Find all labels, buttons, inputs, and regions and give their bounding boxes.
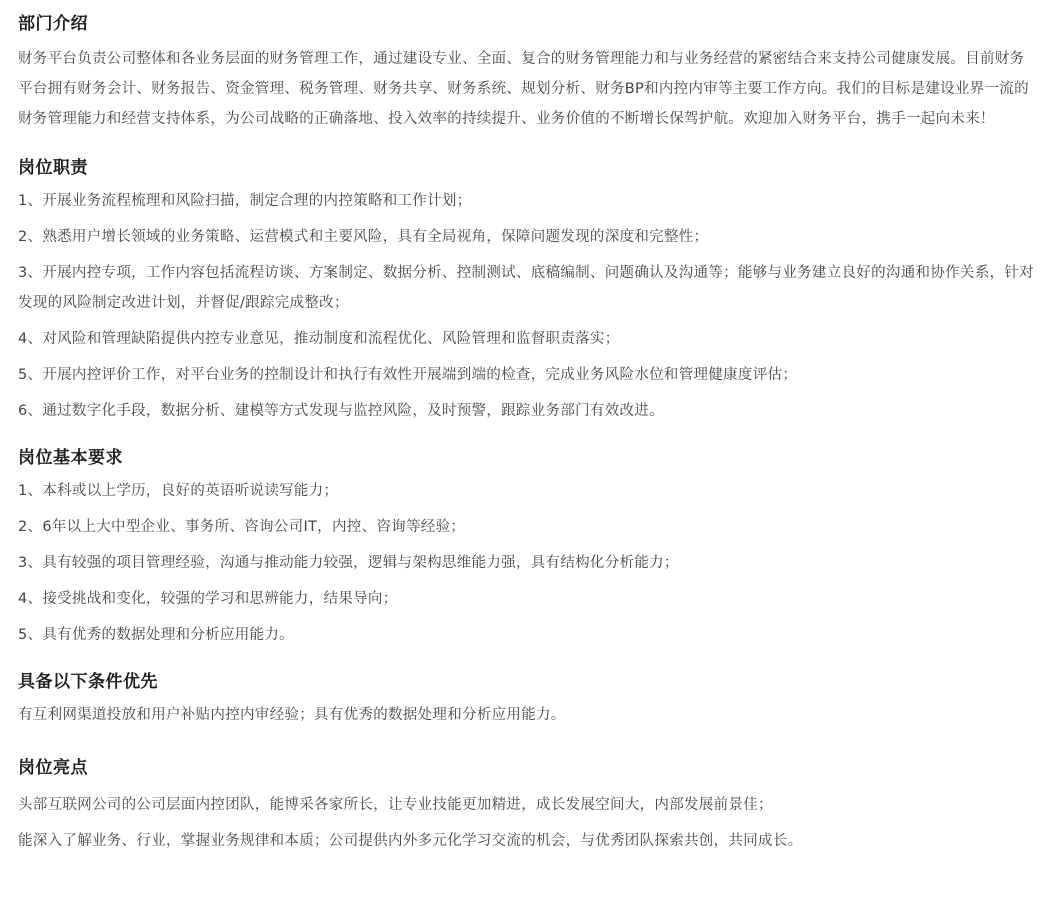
section-title: 岗位亮点 xyxy=(18,756,1038,780)
section-department-intro: 部门介绍 财务平台负责公司整体和各业务层面的财务管理工作，通过建设专业、全面、复… xyxy=(18,0,1038,134)
section-title: 部门介绍 xyxy=(18,12,1038,36)
section-title: 岗位基本要求 xyxy=(18,446,1038,470)
section-basic-requirements: 岗位基本要求 1、本科或以上学历，良好的英语听说读写能力； 2、6年以上大中型企… xyxy=(18,446,1038,650)
preferred-text: 有互利网渠道投放和用户补贴内控内审经验；具有优秀的数据处理和分析应用能力。 xyxy=(18,700,1038,730)
duty-item: 2、熟悉用户增长领域的业务策略、运营模式和主要风险，具有全局视角，保障问题发现的… xyxy=(18,222,1038,252)
job-description: 部门介绍 财务平台负责公司整体和各业务层面的财务管理工作，通过建设专业、全面、复… xyxy=(0,0,1056,856)
duty-item: 3、开展内控专项，工作内容包括流程访谈、方案制定、数据分析、控制测试、底稿编制、… xyxy=(18,258,1038,318)
section-preferred-qualifications: 具备以下条件优先 有互利网渠道投放和用户补贴内控内审经验；具有优秀的数据处理和分… xyxy=(18,670,1038,730)
requirement-item: 5、具有优秀的数据处理和分析应用能力。 xyxy=(18,620,1038,650)
section-job-highlights: 岗位亮点 头部互联网公司的公司层面内控团队，能博采各家所长，让专业技能更加精进，… xyxy=(18,756,1038,856)
duty-item: 4、对风险和管理缺陷提供内控专业意见，推动制度和流程优化、风险管理和监督职责落实… xyxy=(18,324,1038,354)
section-job-duties: 岗位职责 1、开展业务流程梳理和风险扫描，制定合理的内控策略和工作计划； 2、熟… xyxy=(18,156,1038,426)
requirement-item: 4、接受挑战和变化，较强的学习和思辨能力，结果导向； xyxy=(18,584,1038,614)
highlight-item: 能深入了解业务、行业，掌握业务规律和本质；公司提供内外多元化学习交流的机会，与优… xyxy=(18,826,1038,856)
section-title: 具备以下条件优先 xyxy=(18,670,1038,694)
requirement-item: 2、6年以上大中型企业、事务所、咨询公司IT，内控、咨询等经验； xyxy=(18,512,1038,542)
requirement-item: 3、具有较强的项目管理经验，沟通与推动能力较强，逻辑与架构思维能力强，具有结构化… xyxy=(18,548,1038,578)
duty-item: 1、开展业务流程梳理和风险扫描，制定合理的内控策略和工作计划； xyxy=(18,186,1038,216)
requirement-item: 1、本科或以上学历，良好的英语听说读写能力； xyxy=(18,476,1038,506)
department-intro-text: 财务平台负责公司整体和各业务层面的财务管理工作，通过建设专业、全面、复合的财务管… xyxy=(18,44,1038,134)
highlight-item: 头部互联网公司的公司层面内控团队，能博采各家所长，让专业技能更加精进，成长发展空… xyxy=(18,790,1038,820)
section-title: 岗位职责 xyxy=(18,156,1038,180)
duty-item: 6、通过数字化手段，数据分析、建模等方式发现与监控风险，及时预警，跟踪业务部门有… xyxy=(18,396,1038,426)
duty-item: 5、开展内控评价工作，对平台业务的控制设计和执行有效性开展端到端的检查，完成业务… xyxy=(18,360,1038,390)
